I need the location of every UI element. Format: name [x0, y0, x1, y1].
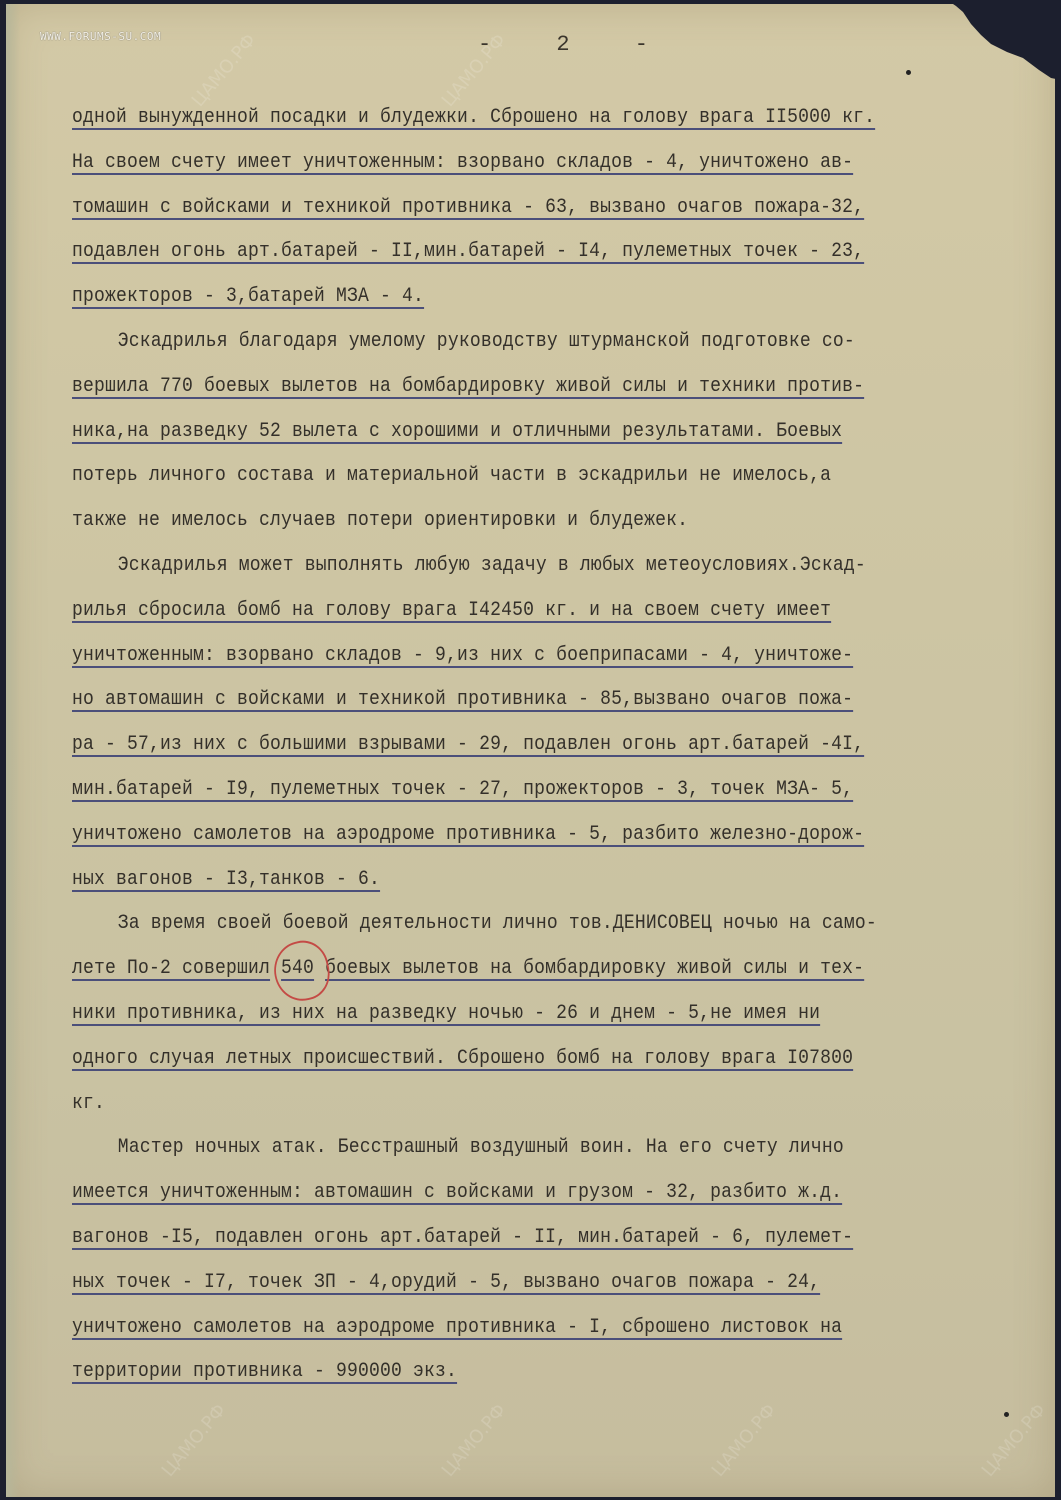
- text-line: вагонов -I5, подавлен огонь арт.батарей …: [72, 1216, 890, 1261]
- ink-speck: [906, 70, 911, 75]
- text-line: одной вынужденной посадки и блудежки. Сб…: [72, 96, 890, 141]
- text-line: вершила 770 боевых вылетов на бомбардиро…: [72, 365, 890, 410]
- document-body: одной вынужденной посадки и блудежки. Сб…: [72, 96, 1002, 1395]
- text-line: Эскадрилья может выполнять любую задачу …: [72, 544, 890, 589]
- text-line: подавлен огонь арт.батарей - II,мин.бата…: [72, 230, 890, 275]
- text-line: одного случая летных происшествий. Сброш…: [72, 1037, 890, 1082]
- text-line: За время своей боевой деятельности лично…: [72, 902, 890, 947]
- text-line: территории противника - 990000 экз.: [72, 1350, 890, 1395]
- site-watermark: WWW.FORUMS-SU.COM: [40, 30, 161, 43]
- torn-corner: [911, 0, 1061, 80]
- text-line: лете По-2 совершил 540 боевых вылетов на…: [72, 947, 890, 992]
- text-line: Эскадрилья благодаря умелому руководству…: [72, 320, 890, 365]
- text-line: прожекторов - 3,батарей МЗА - 4.: [72, 275, 890, 320]
- text-line: ники противника, из них на разведку ночь…: [72, 992, 890, 1037]
- text-line: ных точек - I7, точек ЗП - 4,орудий - 5,…: [72, 1261, 890, 1306]
- text-line: ных вагонов - I3,танков - 6.: [72, 858, 890, 903]
- text-line: потерь личного состава и материальной ча…: [72, 454, 890, 499]
- text-line: уничтоженным: взорвано складов - 9,из ни…: [72, 634, 890, 679]
- page-left-edge: [6, 4, 20, 1497]
- text-line: кг.: [72, 1082, 890, 1127]
- text-line: имеется уничтоженным: автомашин с войска…: [72, 1171, 890, 1216]
- circled-sortie-count: 540: [281, 947, 314, 992]
- text-line: мин.батарей - I9, пулеметных точек - 27,…: [72, 768, 890, 813]
- text-line: уничтожено самолетов на аэродроме против…: [72, 1306, 890, 1351]
- text-line: также не имелось случаев потери ориентир…: [72, 499, 890, 544]
- text-line: томашин с войсками и техникой противника…: [72, 186, 890, 231]
- text-line: ра - 57,из них с большими взрывами - 29,…: [72, 723, 890, 768]
- text-line: рилья сбросила бомб на голову врага I424…: [72, 589, 890, 634]
- text-line: Мастер ночных атак. Бесстрашный воздушны…: [72, 1126, 890, 1171]
- text-line: ника,на разведку 52 вылета с хорошими и …: [72, 410, 890, 455]
- text-line: уничтожено самолетов на аэродроме против…: [72, 813, 890, 858]
- ink-speck: [1004, 1412, 1009, 1417]
- text-line: но автомашин с войсками и техникой проти…: [72, 678, 890, 723]
- text-line: На своем счету имеет уничтоженным: взорв…: [72, 141, 890, 186]
